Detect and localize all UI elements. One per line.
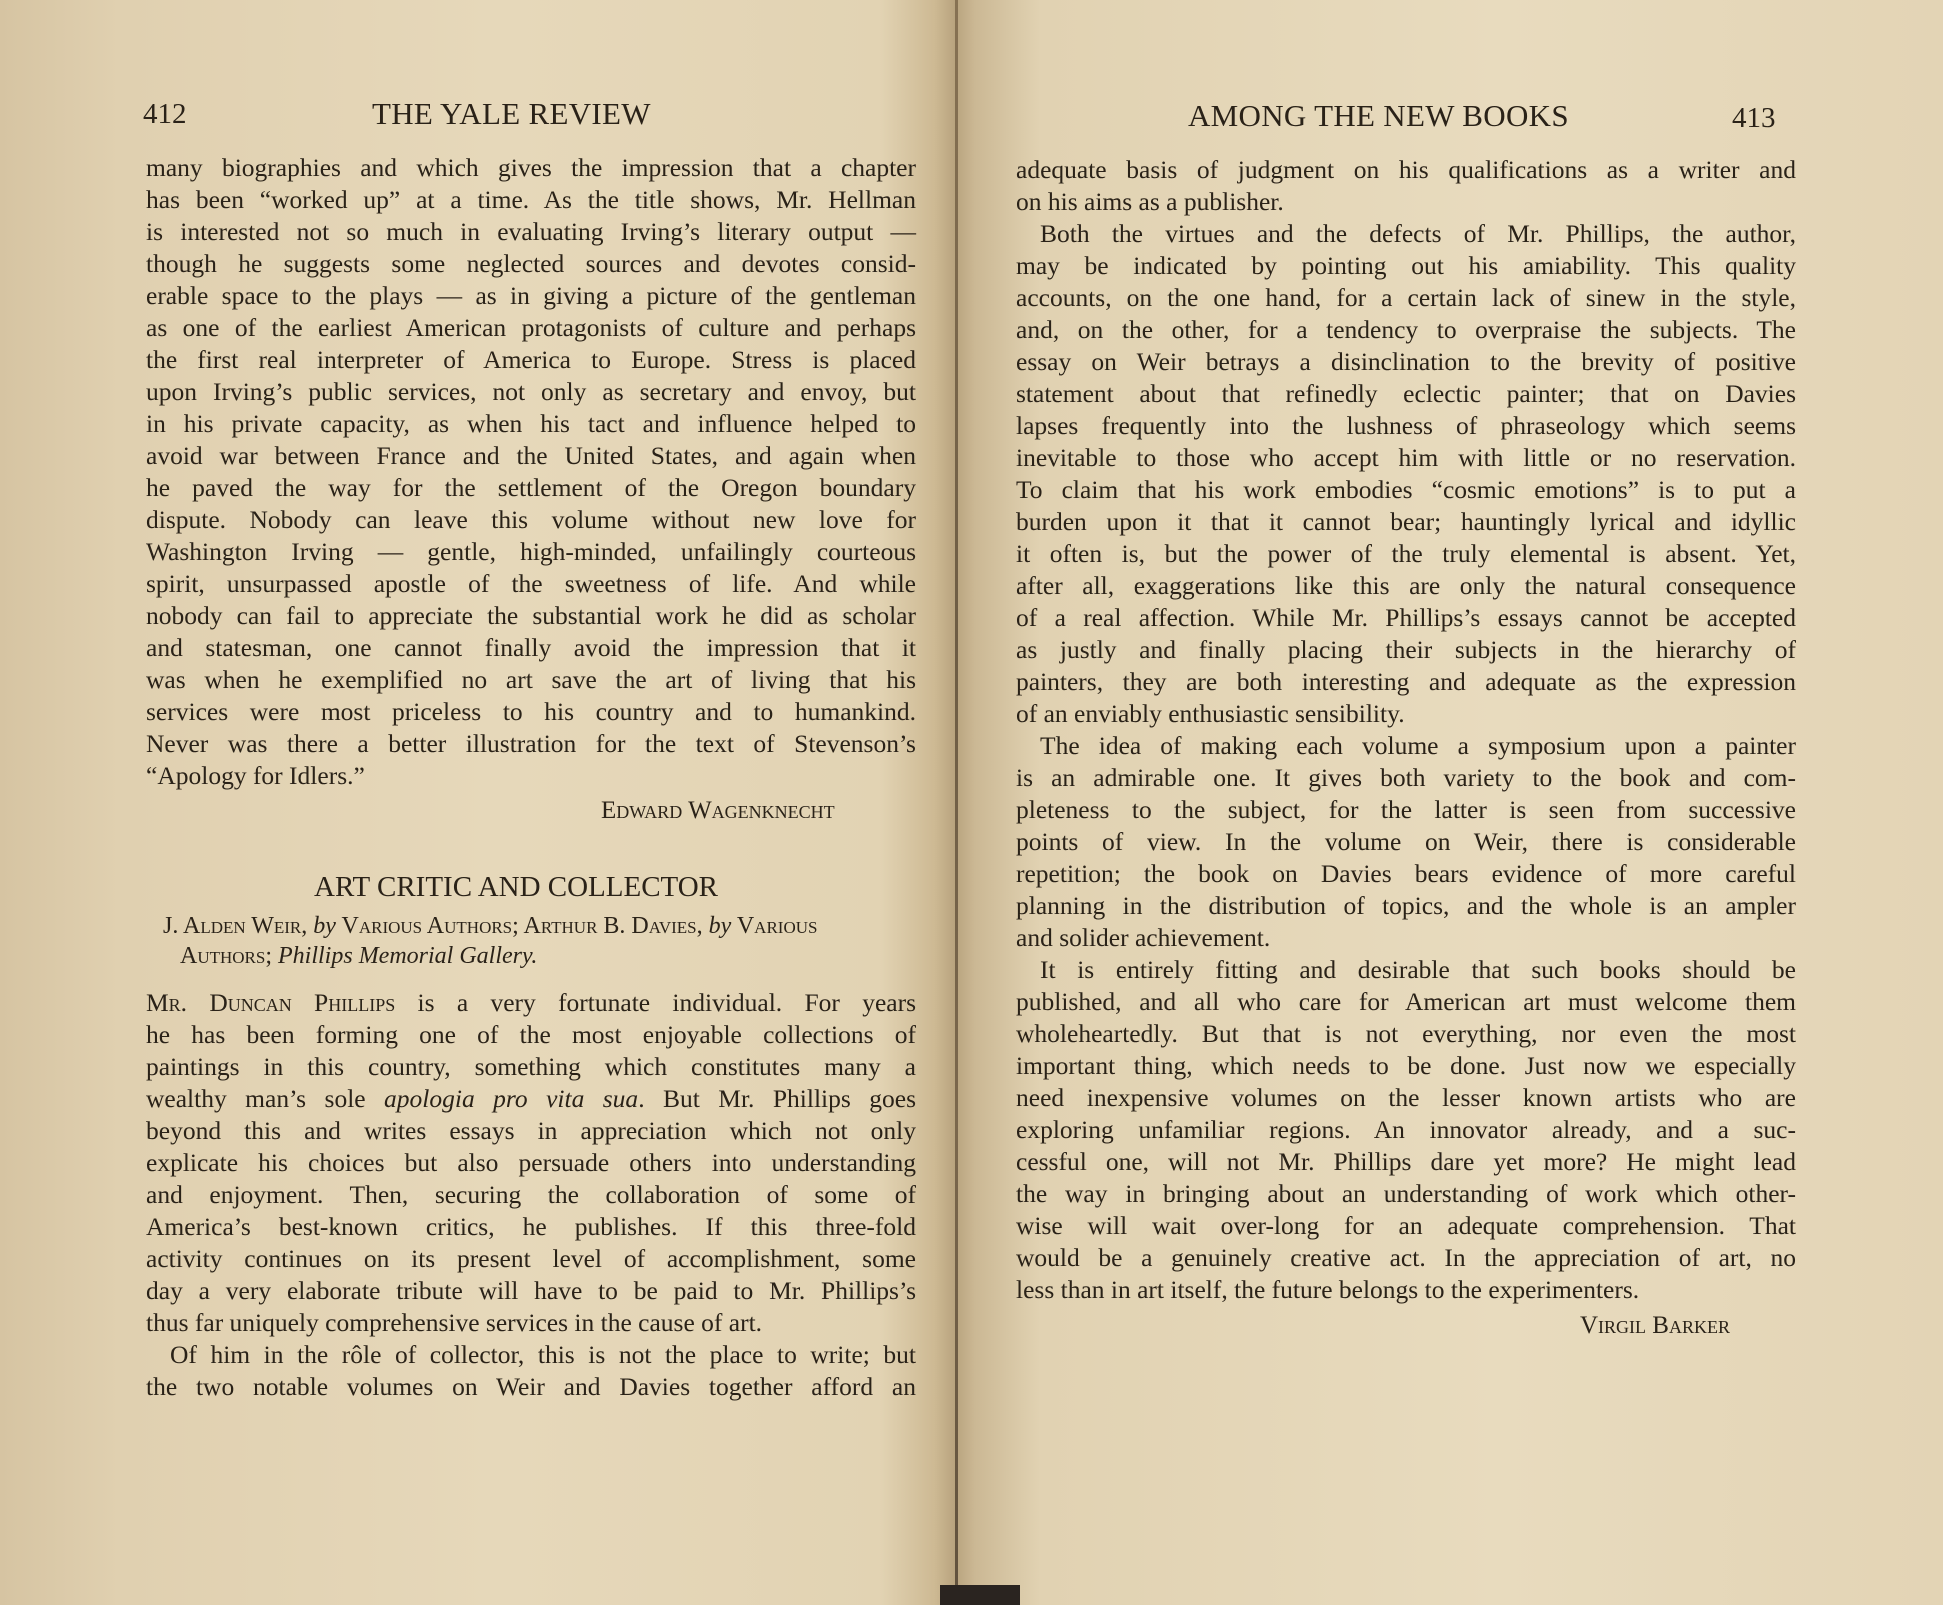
running-head-left: THE YALE REVIEW <box>372 96 651 132</box>
text-line: beyond this and writes essays in appreci… <box>146 1116 916 1146</box>
text-line: of an enviably enthusiastic sensibility. <box>1016 699 1796 729</box>
text-line: published, and all who care for American… <box>1016 987 1796 1017</box>
left-page: 412 THE YALE REVIEW many biographies and… <box>0 0 955 1605</box>
text-line: painters, they are both interesting and … <box>1016 667 1796 697</box>
text-line: wholeheartedly. But that is not everythi… <box>1016 1019 1796 1049</box>
text-line: as justly and finally placing their subj… <box>1016 635 1796 665</box>
citation-part: Phillips Memorial Gallery. <box>278 943 537 969</box>
text-line: the two notable volumes on Weir and Davi… <box>146 1372 916 1402</box>
page-number-left: 412 <box>143 98 187 131</box>
text-line: erable space to the plays — as in giving… <box>146 281 916 311</box>
text-line: as one of the earliest American protagon… <box>146 313 916 343</box>
text-line: repetition; the book on Davies bears evi… <box>1016 859 1796 889</box>
reviewer-signature: Edward Wagenknecht <box>601 797 835 825</box>
author-name-smallcaps: Mr. Duncan Phillips <box>146 988 395 1017</box>
text-line: explicate his choices but also persuade … <box>146 1148 916 1178</box>
text-line: Both the virtues and the defects of Mr. … <box>1016 219 1796 249</box>
citation-part: Various Authors; Arthur B. Davies, <box>336 913 709 939</box>
text-line: and solider achievement. <box>1016 923 1796 953</box>
text-line: statement about that refinedly eclectic … <box>1016 379 1796 409</box>
book-citation-line-2: Authors; Phillips Memorial Gallery. <box>180 943 537 970</box>
reviewer-signature: Virgil Barker <box>1580 1312 1730 1340</box>
text-line: burden upon it that it cannot bear; haun… <box>1016 507 1796 537</box>
text-line: he paved the way for the settlement of t… <box>146 473 916 503</box>
text-line: spirit, unsurpassed apostle of the sweet… <box>146 569 916 599</box>
text-line: upon Irving’s public services, not only … <box>146 377 916 407</box>
text-line: and, on the other, for a tendency to ove… <box>1016 315 1796 345</box>
text-line: would be a genuinely creative act. In th… <box>1016 1243 1796 1273</box>
text-line: need inexpensive volumes on the lesser k… <box>1016 1083 1796 1113</box>
citation-part: Various <box>731 913 817 939</box>
text-line: planning in the distribution of topics, … <box>1016 891 1796 921</box>
text-line: though he suggests some neglected source… <box>146 249 916 279</box>
text-line: cessful one, will not Mr. Phillips dare … <box>1016 1147 1796 1177</box>
text-line: the way in bringing about an understandi… <box>1016 1179 1796 1209</box>
text-line: Of him in the rôle of collector, this is… <box>146 1340 916 1370</box>
text-line: he has been forming one of the most enjo… <box>146 1020 916 1050</box>
latin-phrase: apologia pro vita sua <box>384 1084 638 1113</box>
text-line: the first real interpreter of America to… <box>146 345 916 375</box>
text-line: in his private capacity, as when his tac… <box>146 409 916 439</box>
text-line: nobody can fail to appreciate the substa… <box>146 601 916 631</box>
text-line: America’s best-known critics, he publish… <box>146 1212 916 1242</box>
running-head-right: AMONG THE NEW BOOKS <box>1188 98 1569 134</box>
text-line: of a real affection. While Mr. Phillips’… <box>1016 603 1796 633</box>
text-line: inevitable to those who accept him with … <box>1016 443 1796 473</box>
section-title: ART CRITIC AND COLLECTOR <box>314 871 718 904</box>
text-line: is an admirable one. It gives both varie… <box>1016 763 1796 793</box>
text-line: day a very elaborate tribute will have t… <box>146 1276 916 1306</box>
text-line: thus far uniquely comprehensive services… <box>146 1308 916 1338</box>
text-span: wealthy man’s sole <box>146 1084 384 1113</box>
citation-part: by <box>313 913 336 939</box>
text-line: points of view. In the volume on Weir, t… <box>1016 827 1796 857</box>
text-line: The idea of making each volume a symposi… <box>1016 731 1796 761</box>
text-line: accounts, on the one hand, for a certain… <box>1016 283 1796 313</box>
text-line: and enjoyment. Then, securing the collab… <box>146 1180 916 1210</box>
text-line: wise will wait over-long for an adequate… <box>1016 1211 1796 1241</box>
text-span: . But Mr. Phillips goes <box>638 1084 916 1113</box>
text-line: many biographies and which gives the imp… <box>146 153 916 183</box>
citation-part: by <box>709 913 732 939</box>
text-line: adequate basis of judgment on his qualif… <box>1016 155 1796 185</box>
text-line: paintings in this country, something whi… <box>146 1052 916 1082</box>
text-line: essay on Weir betrays a disinclination t… <box>1016 347 1796 377</box>
right-page: AMONG THE NEW BOOKS 413 adequate basis o… <box>958 0 1943 1605</box>
text-line: avoid war between France and the United … <box>146 441 916 471</box>
text-line: services were most priceless to his coun… <box>146 697 916 727</box>
text-line: pleteness to the subject, for the latter… <box>1016 795 1796 825</box>
text-line: lapses frequently into the lushness of p… <box>1016 411 1796 441</box>
text-line: Mr. Duncan Phillips is a very fortunate … <box>146 988 916 1018</box>
text-span: is a very fortunate individual. For year… <box>395 988 916 1017</box>
text-line: Never was there a better illustration fo… <box>146 729 916 759</box>
text-line: It is entirely fitting and desirable tha… <box>1016 955 1796 985</box>
text-line: and statesman, one cannot finally avoid … <box>146 633 916 663</box>
text-line: on his aims as a publisher. <box>1016 187 1796 217</box>
text-line: may be indicated by pointing out his ami… <box>1016 251 1796 281</box>
text-line: wealthy man’s sole apologia pro vita sua… <box>146 1084 916 1114</box>
text-line: dispute. Nobody can leave this volume wi… <box>146 505 916 535</box>
text-line: activity continues on its present level … <box>146 1244 916 1274</box>
text-line: it often is, but the power of the truly … <box>1016 539 1796 569</box>
text-line: exploring unfamiliar regions. An innovat… <box>1016 1115 1796 1145</box>
text-line: “Apology for Idlers.” <box>146 761 916 791</box>
book-citation-line-1: J. Alden Weir, by Various Authors; Arthu… <box>163 913 817 940</box>
text-line: is interested not so much in evaluating … <box>146 217 916 247</box>
text-line: after all, exaggerations like this are o… <box>1016 571 1796 601</box>
text-line: less than in art itself, the future belo… <box>1016 1275 1796 1305</box>
text-line: important thing, which needs to be done.… <box>1016 1051 1796 1081</box>
text-line: To claim that his work embodies “cosmic … <box>1016 475 1796 505</box>
text-line: was when he exemplified no art save the … <box>146 665 916 695</box>
text-line: Washington Irving — gentle, high-minded,… <box>146 537 916 567</box>
citation-part: J. Alden Weir, <box>163 913 313 939</box>
page-number-right: 413 <box>1732 102 1776 135</box>
text-line: has been “worked up” at a time. As the t… <box>146 185 916 215</box>
citation-part: Authors; <box>180 943 278 969</box>
